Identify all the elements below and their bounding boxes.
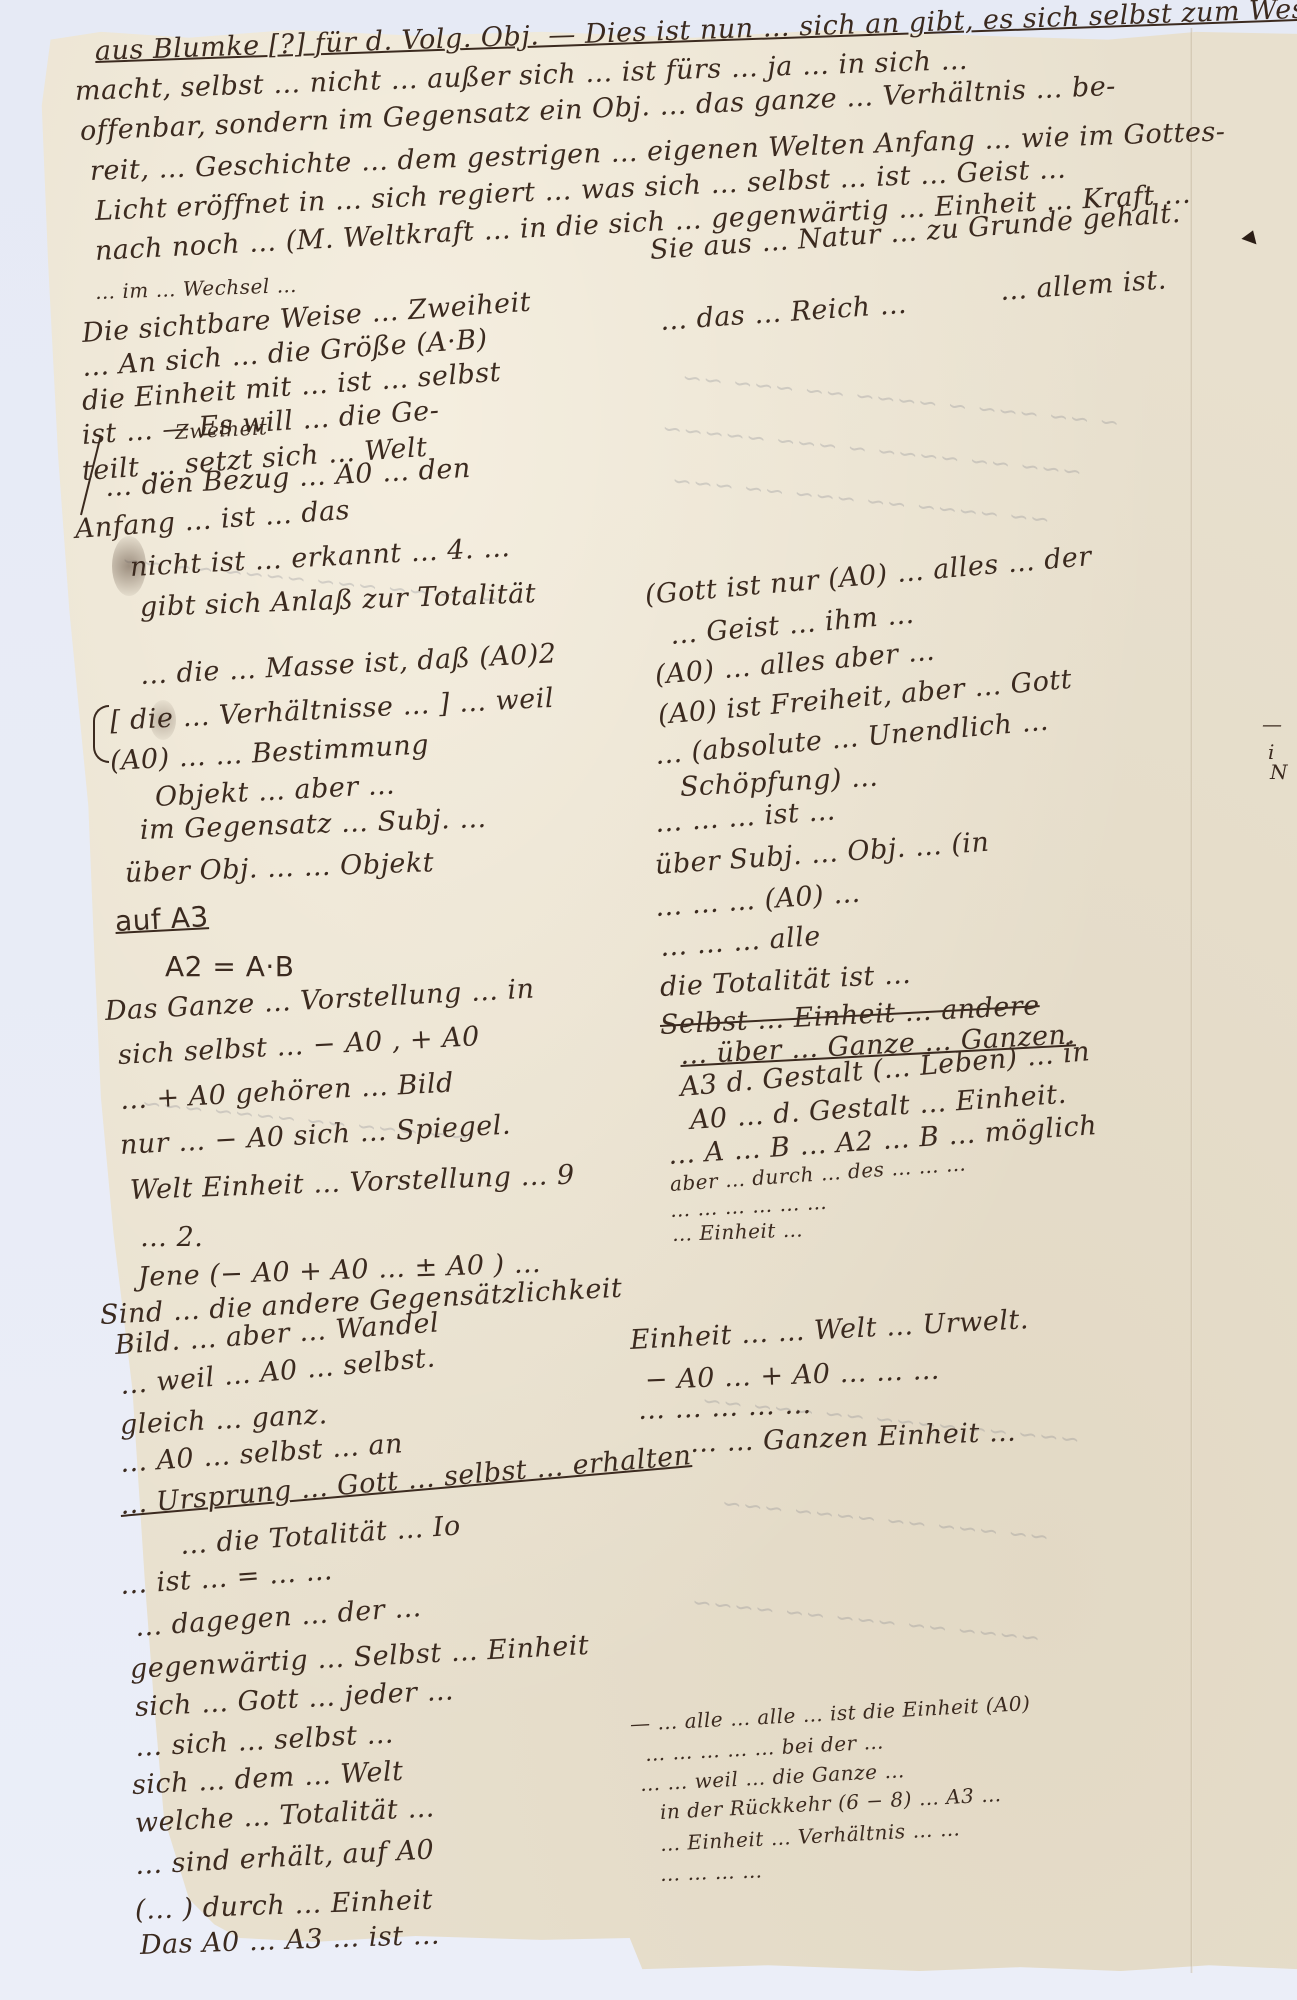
left-line: Zweiheit	[174, 415, 268, 444]
math-expression: auf A3	[114, 900, 209, 938]
left-line: Das A0 … A3 … ist …	[139, 1920, 440, 1961]
right-line: … Einheit …	[672, 1217, 804, 1246]
right-line: … … … …	[660, 1858, 763, 1886]
edge-fragment: N	[1270, 760, 1288, 784]
scan-background: ~ ~~ ~~~ ~ ~~~~ ~~ ~~~ ~~ ~~~ ~~ ~~~~ ~ …	[0, 0, 1297, 2000]
paper-fold-line	[1190, 28, 1193, 1973]
edge-fragment: —	[1262, 712, 1283, 736]
right-line: … … … … …	[637, 1389, 812, 1426]
bracket-mark	[93, 705, 109, 763]
left-line: … 2.	[140, 1222, 203, 1253]
math-expression: A2 = A·B	[165, 950, 295, 983]
